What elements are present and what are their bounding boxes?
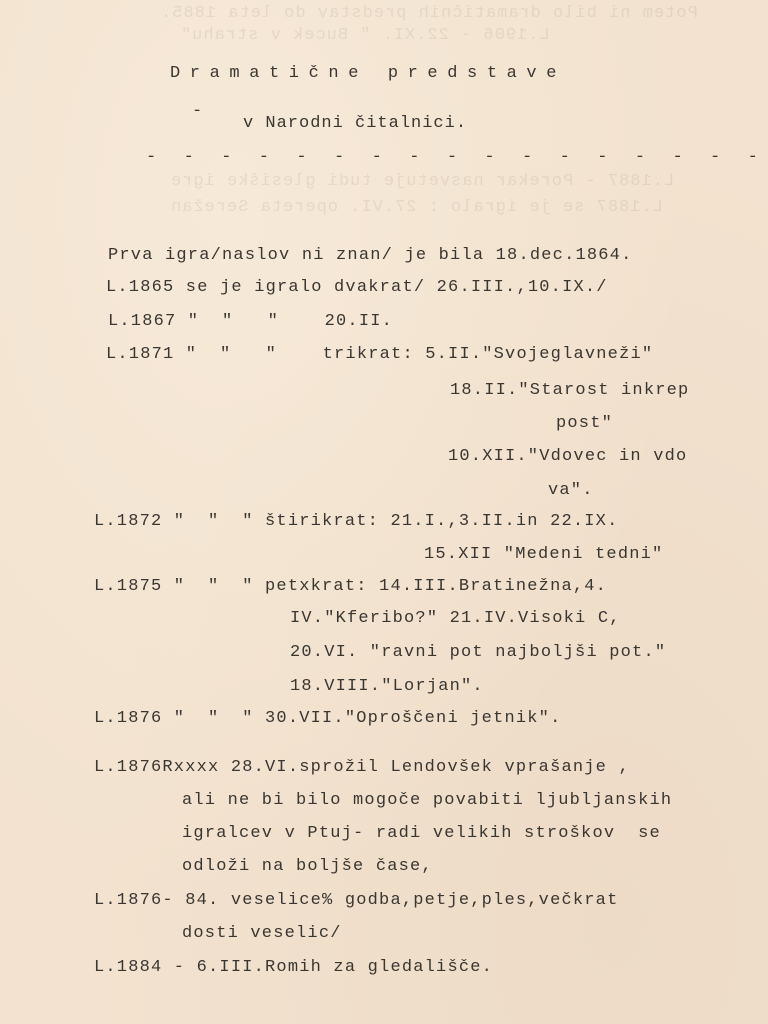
text-line: L.1884 - 6.III.Romih za gledališče.: [94, 958, 493, 978]
show-through-line: L.1906 - 22.XI. " Bucek v strahu": [180, 26, 550, 45]
text-line: odloži na boljše čase,: [182, 857, 433, 877]
text-line: 15.XII "Medeni tedni": [424, 545, 663, 565]
show-through-line: Potem ni bilo dramatičnih predstav do le…: [160, 4, 698, 23]
text-line: L.1871 " " " trikrat: 5.II."Svojeglavnež…: [106, 345, 653, 365]
text-line: IV."Kferibo?" 21.IV.Visoki C,: [290, 609, 621, 629]
text-line: post": [556, 414, 613, 434]
text-line: L.1875 " " " petxkrat: 14.III.Bratinežna…: [94, 577, 607, 597]
text-line: L.1867 " " " 20.II.: [108, 312, 393, 332]
separator-line: - - - - - - - - - - - - - - - - - - - - …: [146, 148, 768, 168]
document-subtitle: v Narodni čitalnici.: [243, 114, 467, 134]
text-line: L.1865 se je igralo dvakrat/ 26.III.,10.…: [106, 278, 608, 298]
text-line: 20.VI. "ravni pot najboljši pot.": [290, 643, 666, 663]
show-through-line: L.1887 - Porekar nasvetuje tudi glesiške…: [170, 172, 674, 191]
text-line: L.1876 " " " 30.VII."Oproščeni jetnik".: [94, 709, 561, 729]
text-line: dosti veselic/: [182, 924, 342, 944]
text-line: igralcev v Ptuj- radi velikih stroškov s…: [182, 824, 661, 844]
document-title: Dramatične predstave: [170, 64, 566, 84]
show-through-line: L.1887 se je igralo : 27.VI. opereta Ser…: [170, 198, 663, 217]
text-line: va".: [548, 481, 594, 501]
text-line: L.1876Rxxxx 28.VI.sprožil Lendovšek vpra…: [94, 758, 630, 778]
text-line: ali ne bi bilo mogoče povabiti ljubljans…: [182, 791, 672, 811]
text-line: L.1872 " " " štirikrat: 21.I.,3.II.in 22…: [94, 512, 618, 532]
text-line: Prva igra/naslov ni znan/ je bila 18.dec…: [108, 246, 632, 266]
scanned-page: Potem ni bilo dramatičnih predstav do le…: [0, 0, 768, 1024]
text-line: 10.XII."Vdovec in vdo: [448, 447, 687, 467]
title-mark: -: [192, 102, 203, 122]
text-line: L.1876- 84. veselice% godba,petje,ples,v…: [94, 891, 618, 911]
text-line: 18.II."Starost inkrep: [450, 381, 689, 401]
text-line: 18.VIII."Lorjan".: [290, 677, 484, 697]
